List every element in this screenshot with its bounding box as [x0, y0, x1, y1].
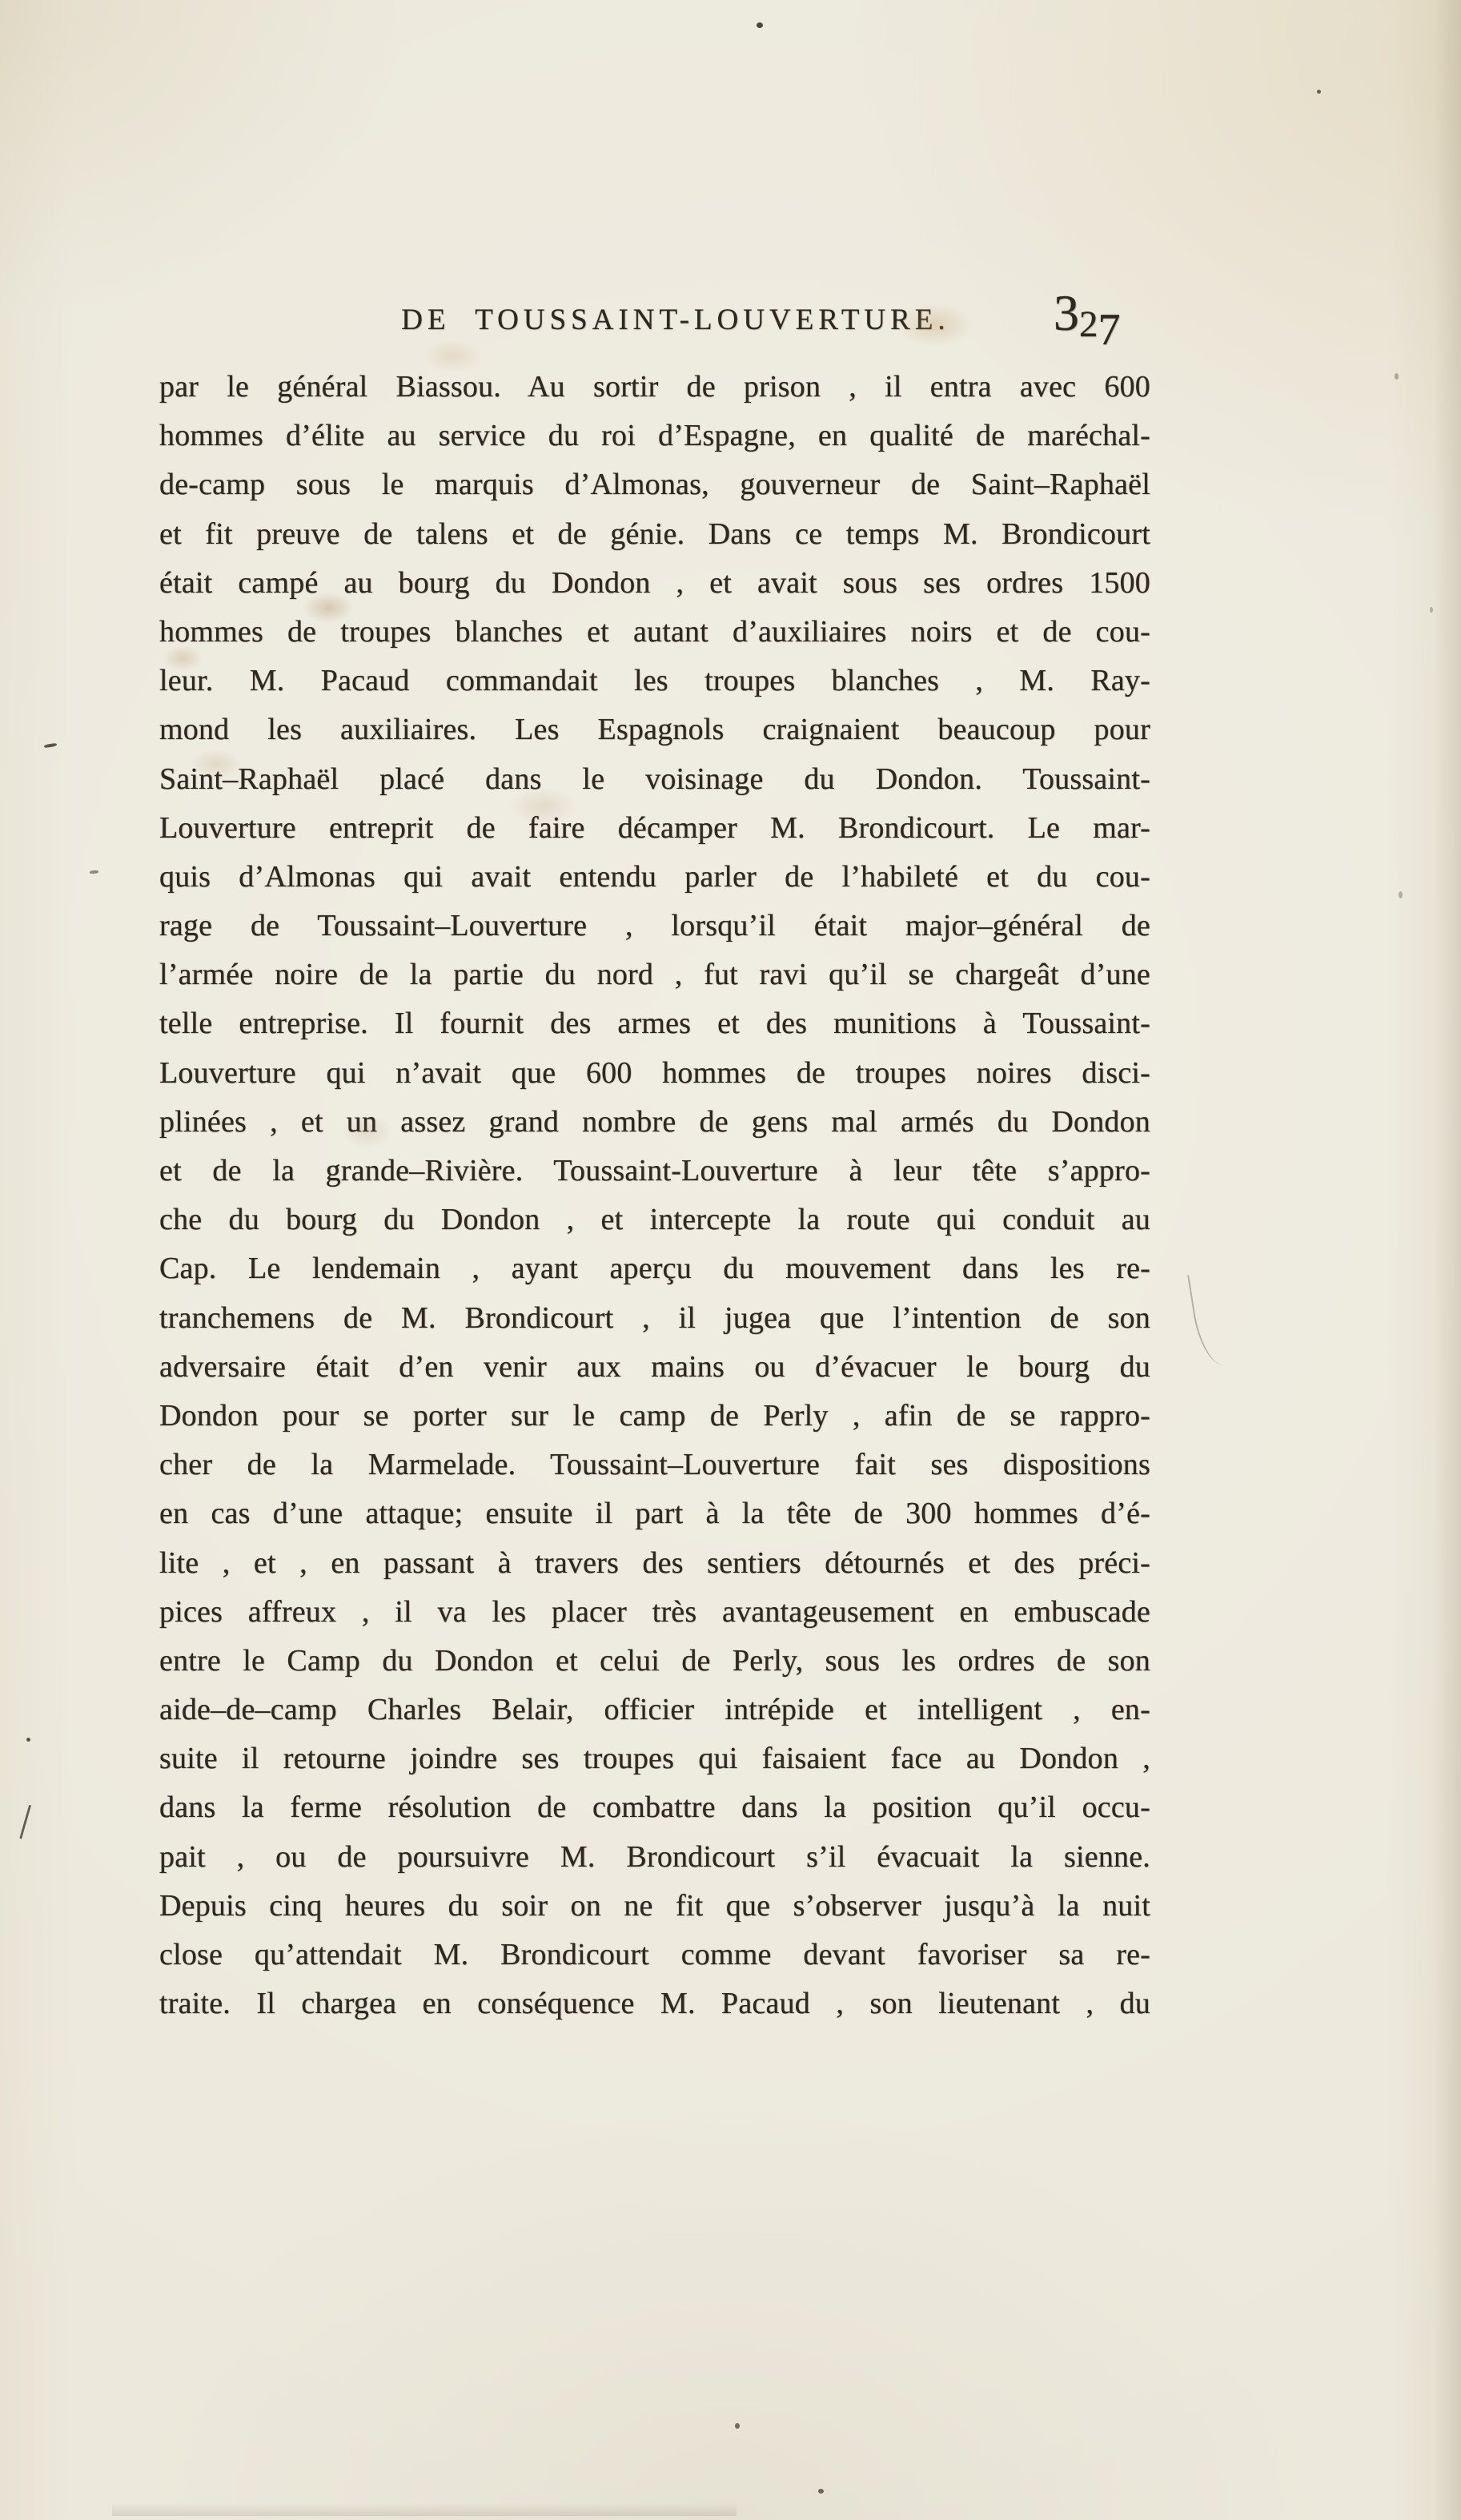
text-line: Cap. Le lendemain , ayant aperçu du mouv…	[159, 1244, 1150, 1293]
text-line: leur. M. Pacaud commandait les troupes b…	[159, 657, 1150, 705]
text-line: traite. Il chargea en conséquence M. Pac…	[159, 1979, 1150, 2028]
ink-speck	[1399, 891, 1403, 898]
ink-speck	[1317, 90, 1321, 94]
text-line: et de la grande–Rivière. Toussaint-Louve…	[159, 1147, 1150, 1196]
text-line: Louverture entreprit de faire décamper M…	[159, 804, 1150, 853]
text-line: quis d’Almonas qui avait entendu parler …	[159, 853, 1150, 902]
margin-pen-mark	[19, 1805, 36, 1841]
text-line: rage de Toussaint–Louverture , lorsqu’il…	[159, 902, 1150, 951]
page-edge-shadow	[1434, 0, 1461, 2520]
text-line: tranchemens de M. Brondicourt , il jugea…	[159, 1294, 1150, 1343]
ink-speck	[1395, 373, 1399, 380]
text-line: dans la ferme résolution de combattre da…	[159, 1783, 1150, 1832]
text-line: entre le Camp du Dondon et celui de Perl…	[159, 1637, 1150, 1686]
text-line: lite , et , en passant à travers des sen…	[159, 1539, 1150, 1588]
text-line: che du bourg du Dondon , et intercepte l…	[159, 1196, 1150, 1244]
ink-speck	[735, 2423, 740, 2429]
text-line: pait , ou de poursuivre M. Brondicourt s…	[159, 1833, 1150, 1882]
text-line: était campé au bourg du Dondon , et avai…	[159, 559, 1150, 608]
bottom-edge-smudge	[112, 2503, 737, 2516]
text-line: l’armée noire de la partie du nord , fut…	[159, 951, 1150, 999]
ink-speck	[44, 743, 57, 749]
ink-speck	[757, 22, 763, 28]
text-line: hommes de troupes blanches et autant d’a…	[159, 608, 1150, 657]
text-line: Louverture qui n’avait que 600 hommes de…	[159, 1049, 1150, 1098]
page-number: 327	[1054, 285, 1150, 344]
text-line: en cas d’une attaque; ensuite il part à …	[159, 1489, 1150, 1538]
text-column: par le général Biassou. Au sortir de pri…	[159, 363, 1150, 2028]
text-line: pices affreux , il va les placer très av…	[159, 1588, 1150, 1637]
hair-mark	[1187, 1269, 1240, 1369]
running-title: DE TOUSSAINT-LOUVERTURE.	[159, 303, 1150, 337]
text-line: et fit preuve de talens et de génie. Dan…	[159, 510, 1150, 559]
text-line: adversaire était d’en venir aux mains ou…	[159, 1343, 1150, 1392]
text-line: suite il retourne joindre ses troupes qu…	[159, 1734, 1150, 1783]
text-line: par le général Biassou. Au sortir de pri…	[159, 363, 1150, 412]
ink-speck	[818, 2489, 824, 2494]
text-line: Saint–Raphaël placé dans le voisinage du…	[159, 755, 1150, 804]
ink-speck	[1430, 607, 1433, 613]
text-line: hommes d’élite au service du roi d’Espag…	[159, 412, 1150, 460]
book-page-scan: DE TOUSSAINT-LOUVERTURE. 327 par le géné…	[0, 0, 1461, 2520]
text-line: aide–de–camp Charles Belair, officier in…	[159, 1686, 1150, 1734]
text-line: telle entreprise. Il fournit des armes e…	[159, 999, 1150, 1048]
text-line: close qu’attendait M. Brondicourt comme …	[159, 1931, 1150, 1979]
text-line: Depuis cinq heures du soir on ne fit que…	[159, 1882, 1150, 1931]
text-line: mond les auxiliaires. Les Espagnols crai…	[159, 705, 1150, 754]
ink-speck	[26, 1738, 30, 1742]
page-header: DE TOUSSAINT-LOUVERTURE.	[159, 303, 1150, 359]
text-line: Dondon pour se porter sur le camp de Per…	[159, 1392, 1150, 1441]
ink-speck	[90, 870, 98, 874]
text-line: cher de la Marmelade. Toussaint–Louvertu…	[159, 1441, 1150, 1489]
text-line: plinées , et un assez grand nombre de ge…	[159, 1098, 1150, 1147]
text-line: de-camp sous le marquis d’Almonas, gouve…	[159, 460, 1150, 509]
